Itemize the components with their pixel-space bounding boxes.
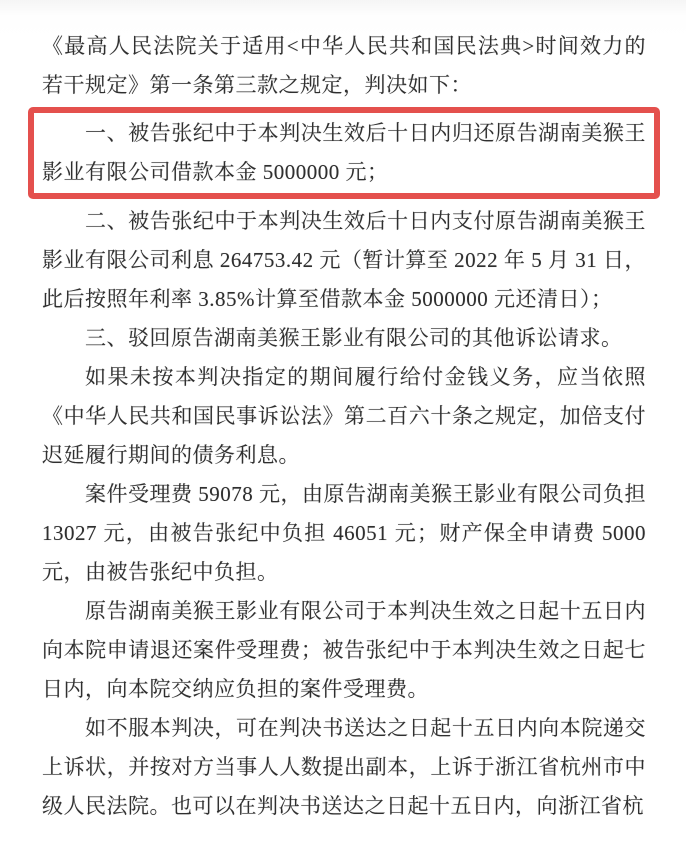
- red-highlight-box: 一、被告张纪中于本判决生效后十日内归还原告湖南美猴王影业有限公司借款本金 500…: [28, 107, 660, 199]
- paragraph-judgment-item-3: 三、驳回原告湖南美猴王影业有限公司的其他诉讼请求。: [42, 319, 646, 358]
- judgment-document-page: 《最高人民法院关于适用<中华人民共和国民法典>时间效力的若干规定》第一条第三款之…: [0, 0, 686, 847]
- paragraph-delayed-performance-interest: 如果未按本判决指定的期间履行给付金钱义务，应当依照《中华人民共和国民事诉讼法》第…: [42, 358, 646, 475]
- paragraph-fee-refund-and-payment: 原告湖南美猴王影业有限公司于本判决生效之日起十五日内向本院申请退还案件受理费；被…: [42, 592, 646, 709]
- paragraph-judgment-item-1: 一、被告张纪中于本判决生效后十日内归还原告湖南美猴王影业有限公司借款本金 500…: [42, 114, 646, 192]
- paragraph-legal-basis: 《最高人民法院关于适用<中华人民共和国民法典>时间效力的若干规定》第一条第三款之…: [42, 27, 646, 105]
- paragraph-judgment-item-2: 二、被告张纪中于本判决生效后十日内支付原告湖南美猴王影业有限公司利息 26475…: [42, 202, 646, 319]
- paragraph-court-fees: 案件受理费 59078 元，由原告湖南美猴王影业有限公司负担 13027 元，由…: [42, 475, 646, 592]
- paragraph-appeal-instructions: 如不服本判决，可在判决书送达之日起十五日内向本院递交上诉状，并按对方当事人人数提…: [42, 709, 646, 826]
